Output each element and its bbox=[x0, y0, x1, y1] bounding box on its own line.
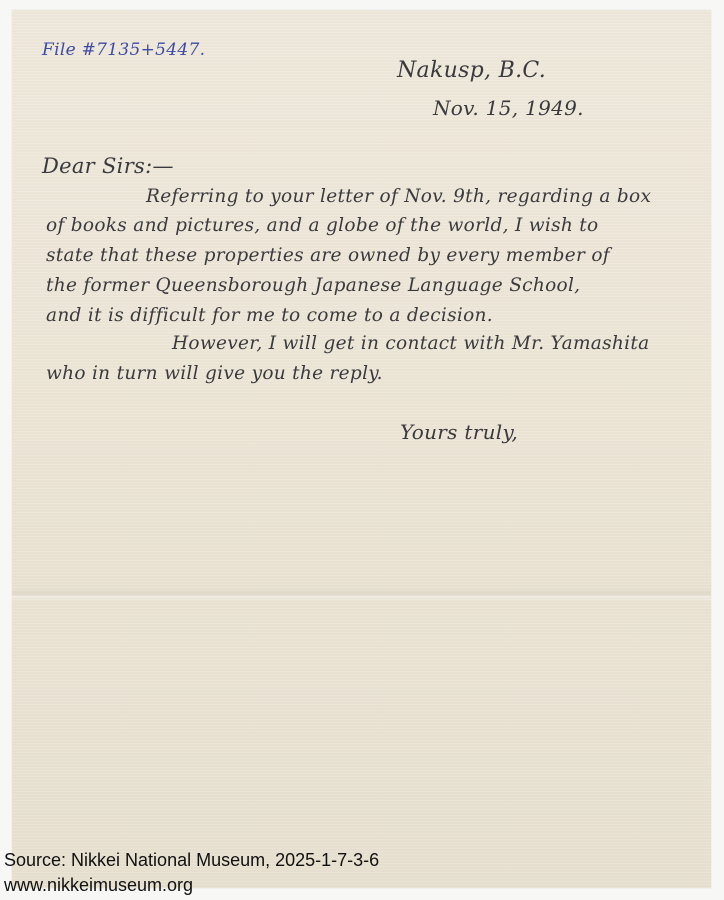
letter-body-line: state that these properties are owned by… bbox=[46, 245, 610, 266]
letter-paper bbox=[12, 10, 711, 888]
letter-salutation: Dear Sirs:— bbox=[42, 154, 174, 178]
paper-fold-crease bbox=[12, 588, 711, 602]
source-caption: Source: Nikkei National Museum, 2025-1-7… bbox=[4, 850, 379, 871]
letter-closing: Yours truly, bbox=[400, 420, 518, 444]
letter-body-line: and it is difficult for me to come to a … bbox=[46, 305, 493, 326]
letter-body-line: However, I will get in contact with Mr. … bbox=[172, 333, 649, 354]
letter-body-line: the former Queensborough Japanese Langua… bbox=[46, 275, 580, 296]
letter-body-line: of books and pictures, and a globe of th… bbox=[46, 215, 598, 236]
letter-date: Nov. 15, 1949. bbox=[433, 96, 584, 120]
letter-body-line: Referring to your letter of Nov. 9th, re… bbox=[146, 186, 651, 207]
letter-place: Nakusp, B.C. bbox=[397, 58, 546, 83]
museum-website: www.nikkeimuseum.org bbox=[4, 875, 193, 896]
letter-body-line: who in turn will give you the reply. bbox=[46, 363, 383, 384]
file-reference-number: File #7135+5447. bbox=[42, 40, 205, 60]
